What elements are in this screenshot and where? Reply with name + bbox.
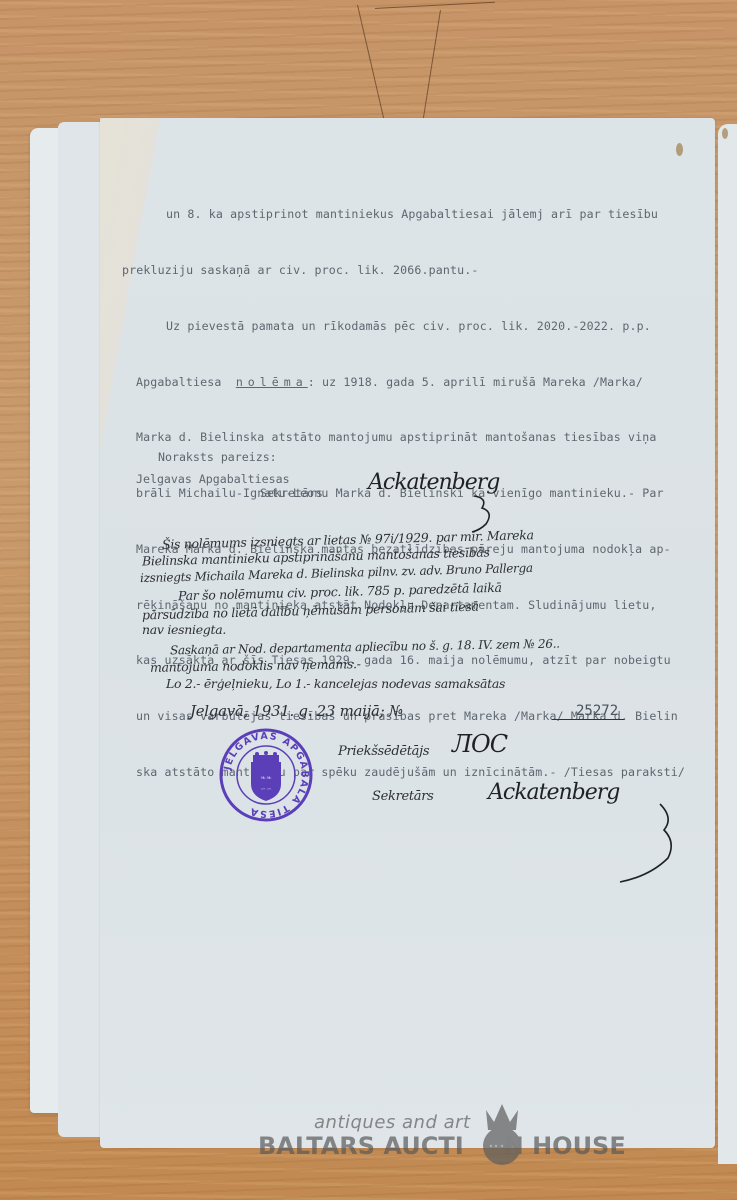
svg-text:❧❧: ❧❧ (260, 774, 272, 782)
court-stamp: JELGAVAS APGABALA TIESA ❧❧ ∽∽ (219, 728, 313, 822)
place-date-line: Jelgavā, 1931. g. 23 maijā; № (190, 702, 403, 720)
decision-text: : uz 1918. gada 5. aprilī mirušā Mareka … (308, 375, 643, 389)
paper-stain (676, 143, 683, 156)
decision-keyword: nolēma (236, 375, 308, 389)
svg-text:∽∽: ∽∽ (260, 785, 272, 793)
typed-line: Marka d. Bielinska atstāto mantojumu aps… (136, 428, 706, 447)
auction-house-watermark: antiques and art BALTARS AUCTIN HOUSE (258, 1102, 658, 1172)
wood-scratch (375, 2, 495, 9)
watermark-brand-left: BALTARS AUCTI (258, 1132, 464, 1160)
handwritten-line: nav iesniegta. (142, 622, 226, 637)
chairman-signature: ЛОС (452, 730, 507, 758)
court-name: Apgabaltiesa (136, 375, 222, 389)
wood-scratch (422, 10, 441, 124)
watermark-tagline: antiques and art (314, 1112, 471, 1133)
secretary-label: Sekretārs (372, 789, 434, 804)
handwritten-line: Lo 2.- ērģeļnieku, Lo 1.- kancelejas nod… (166, 676, 505, 691)
wood-scratch (357, 5, 385, 122)
copy-certification: Noraksts pareizs: Jelgavas Apgabaltiesas… (136, 448, 323, 502)
signature-flourish (610, 800, 680, 885)
chairman-label: Priekšsēdētājs (338, 744, 429, 759)
copy-correct-label: Noraksts pareizs: (136, 448, 323, 466)
typed-line: Uz pievestā pamata un rīkodamās pēc civ.… (136, 317, 706, 336)
paper-stain (722, 128, 728, 139)
typed-line-decision: Apgabaltiesa nolēma: uz 1918. gada 5. ap… (136, 373, 706, 392)
watermark-brand-right: N HOUSE (504, 1132, 626, 1160)
typed-line: un 8. ka apstiprinot mantiniekus Apgabal… (136, 205, 706, 224)
paper-sheet-right (718, 124, 737, 1164)
registry-number: 25272 (552, 703, 624, 720)
secretary-signature-2: Ackatenberg (488, 780, 619, 805)
typed-line: prekluziju saskaņā ar civ. proc. lik. 20… (122, 261, 706, 280)
watermark-brand: BALTARS AUCTIN HOUSE (258, 1132, 626, 1160)
